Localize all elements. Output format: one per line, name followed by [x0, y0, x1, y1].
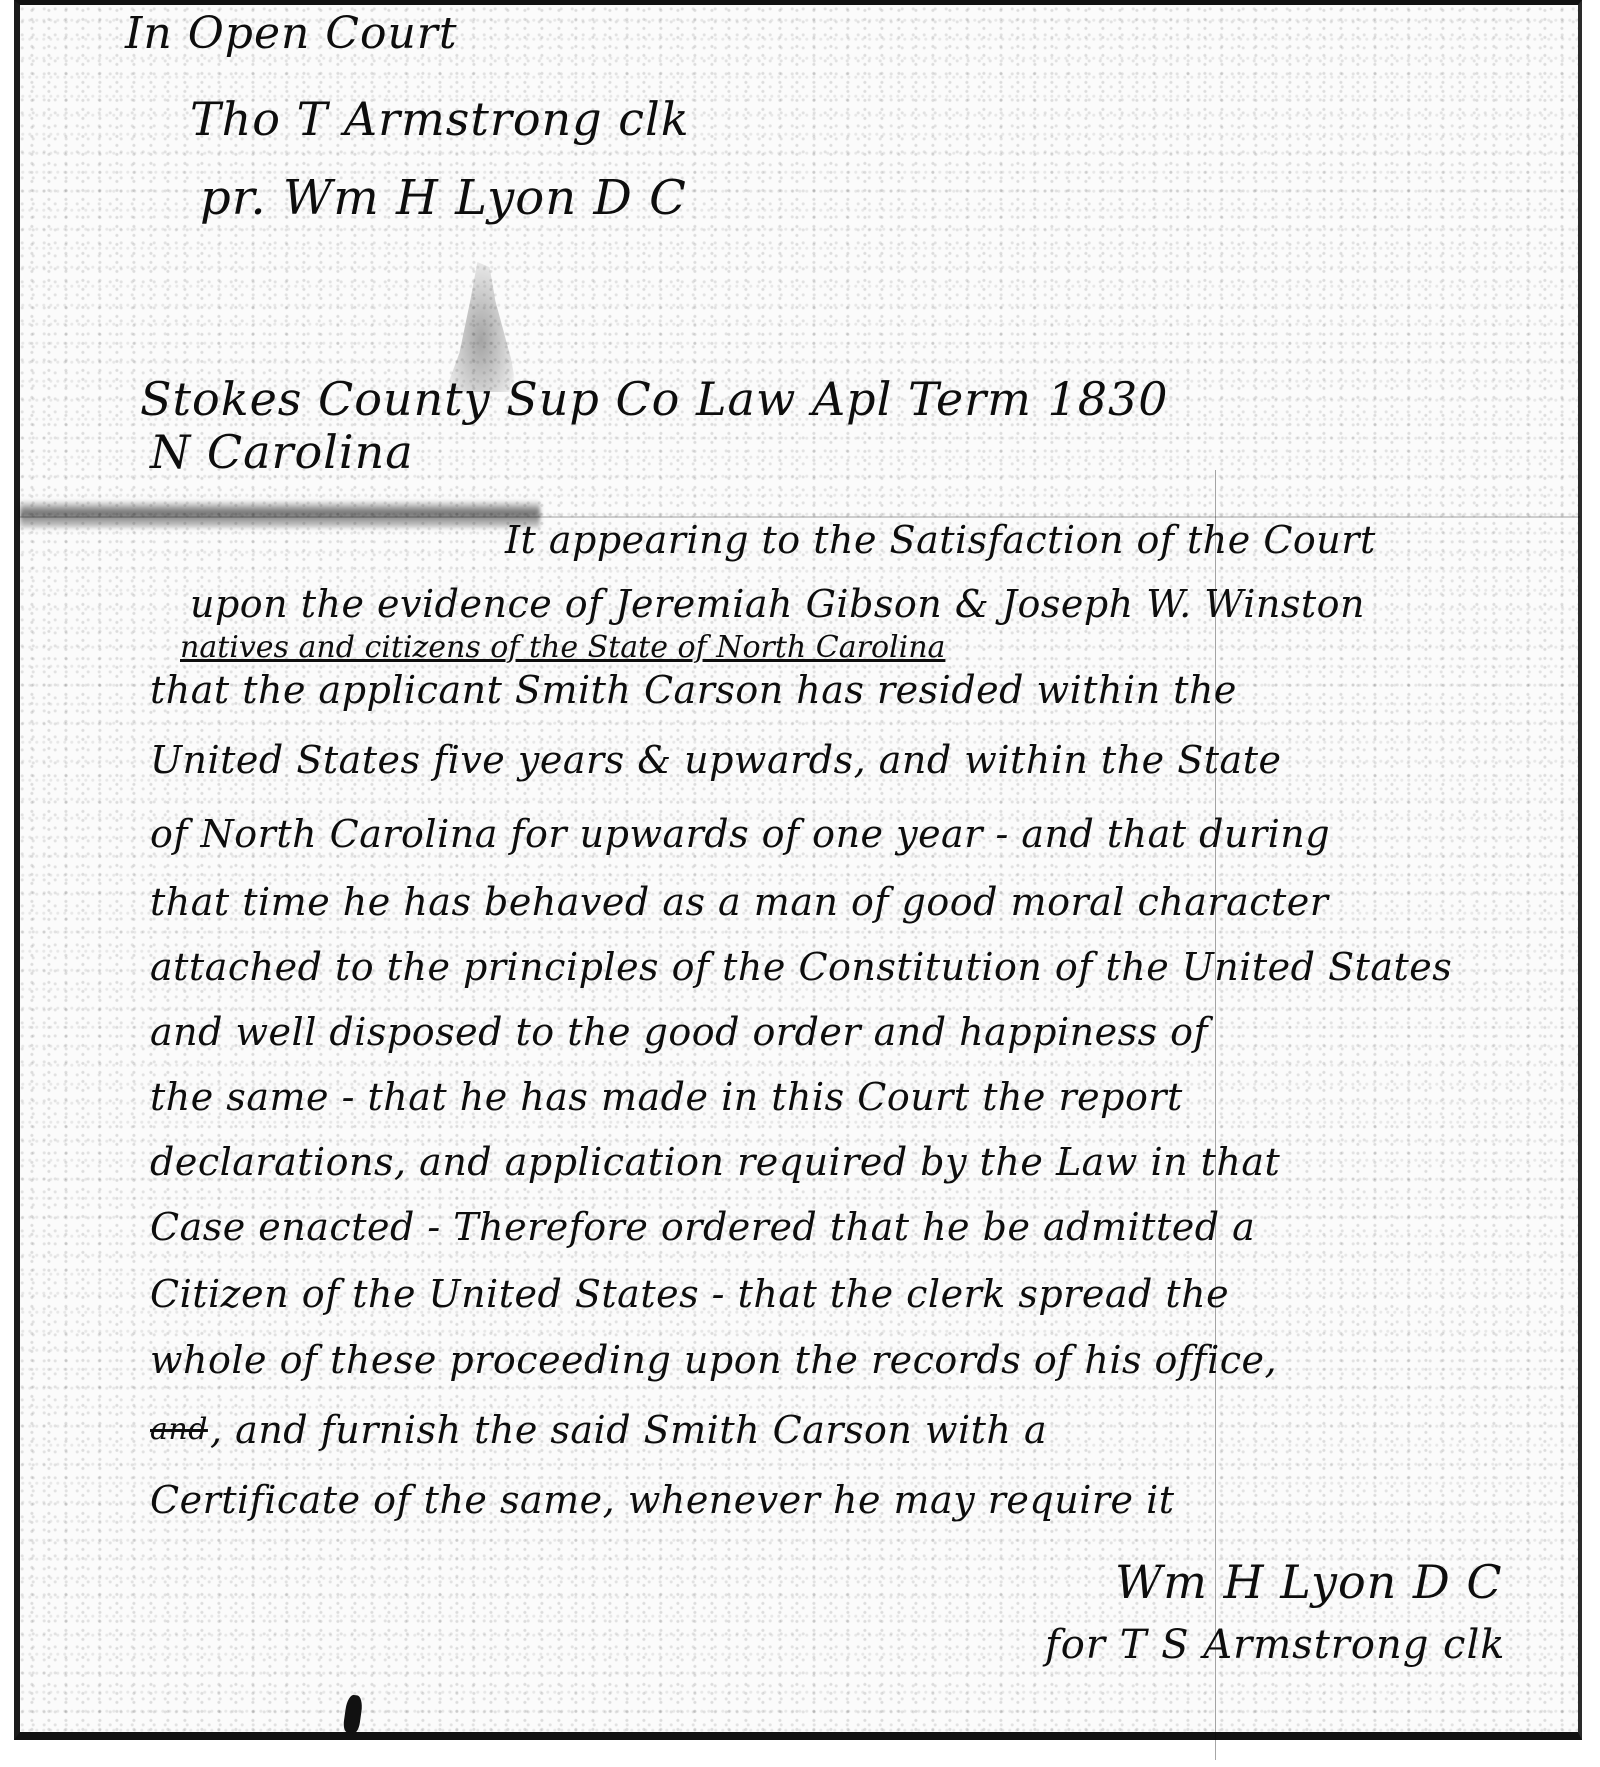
body-line-5: of North Carolina for upwards of one yea…	[150, 812, 1330, 856]
body-line-11: Case enacted - Therefore ordered that he…	[150, 1205, 1255, 1249]
body-line-12: Citizen of the United States - that the …	[150, 1272, 1229, 1316]
signature-deputy-clerk: Wm H Lyon D C	[1115, 1555, 1503, 1609]
body-line-14: , and furnish the said Smith Carson with…	[210, 1408, 1047, 1452]
body-line-15: Certificate of the same, whenever he may…	[150, 1478, 1175, 1522]
body-line-3: that the applicant Smith Carson has resi…	[150, 668, 1237, 712]
header-deputy-clerk: pr. Wm H Lyon D C	[200, 170, 687, 226]
paper-fold-shadow	[20, 500, 540, 528]
header-clerk-name: Tho T Armstrong clk	[190, 92, 690, 146]
body-line-10: declarations, and application required b…	[150, 1140, 1280, 1184]
header-open-court: In Open Court	[125, 8, 458, 59]
signature-for-clerk: for T S Armstrong clk	[1045, 1622, 1506, 1668]
struck-word: and	[150, 1412, 208, 1447]
body-line-8: and well disposed to the good order and …	[150, 1010, 1208, 1054]
body-line-1: It appearing to the Satisfaction of the …	[505, 518, 1376, 562]
body-line-4: United States five years & upwards, and …	[150, 738, 1281, 782]
body-line-6: that time he has behaved as a man of goo…	[150, 880, 1328, 924]
body-line-7: attached to the principles of the Consti…	[150, 945, 1452, 989]
body-line-13: whole of these proceeding upon the recor…	[150, 1338, 1277, 1382]
body-line-9: the same - that he has made in this Cour…	[150, 1075, 1183, 1119]
body-interlineation: natives and citizens of the State of Nor…	[180, 630, 945, 665]
venue-county-term: Stokes County Sup Co Law Apl Term 1830	[140, 372, 1169, 426]
venue-state: N Carolina	[150, 425, 414, 479]
body-line-2: upon the evidence of Jeremiah Gibson & J…	[190, 582, 1365, 626]
